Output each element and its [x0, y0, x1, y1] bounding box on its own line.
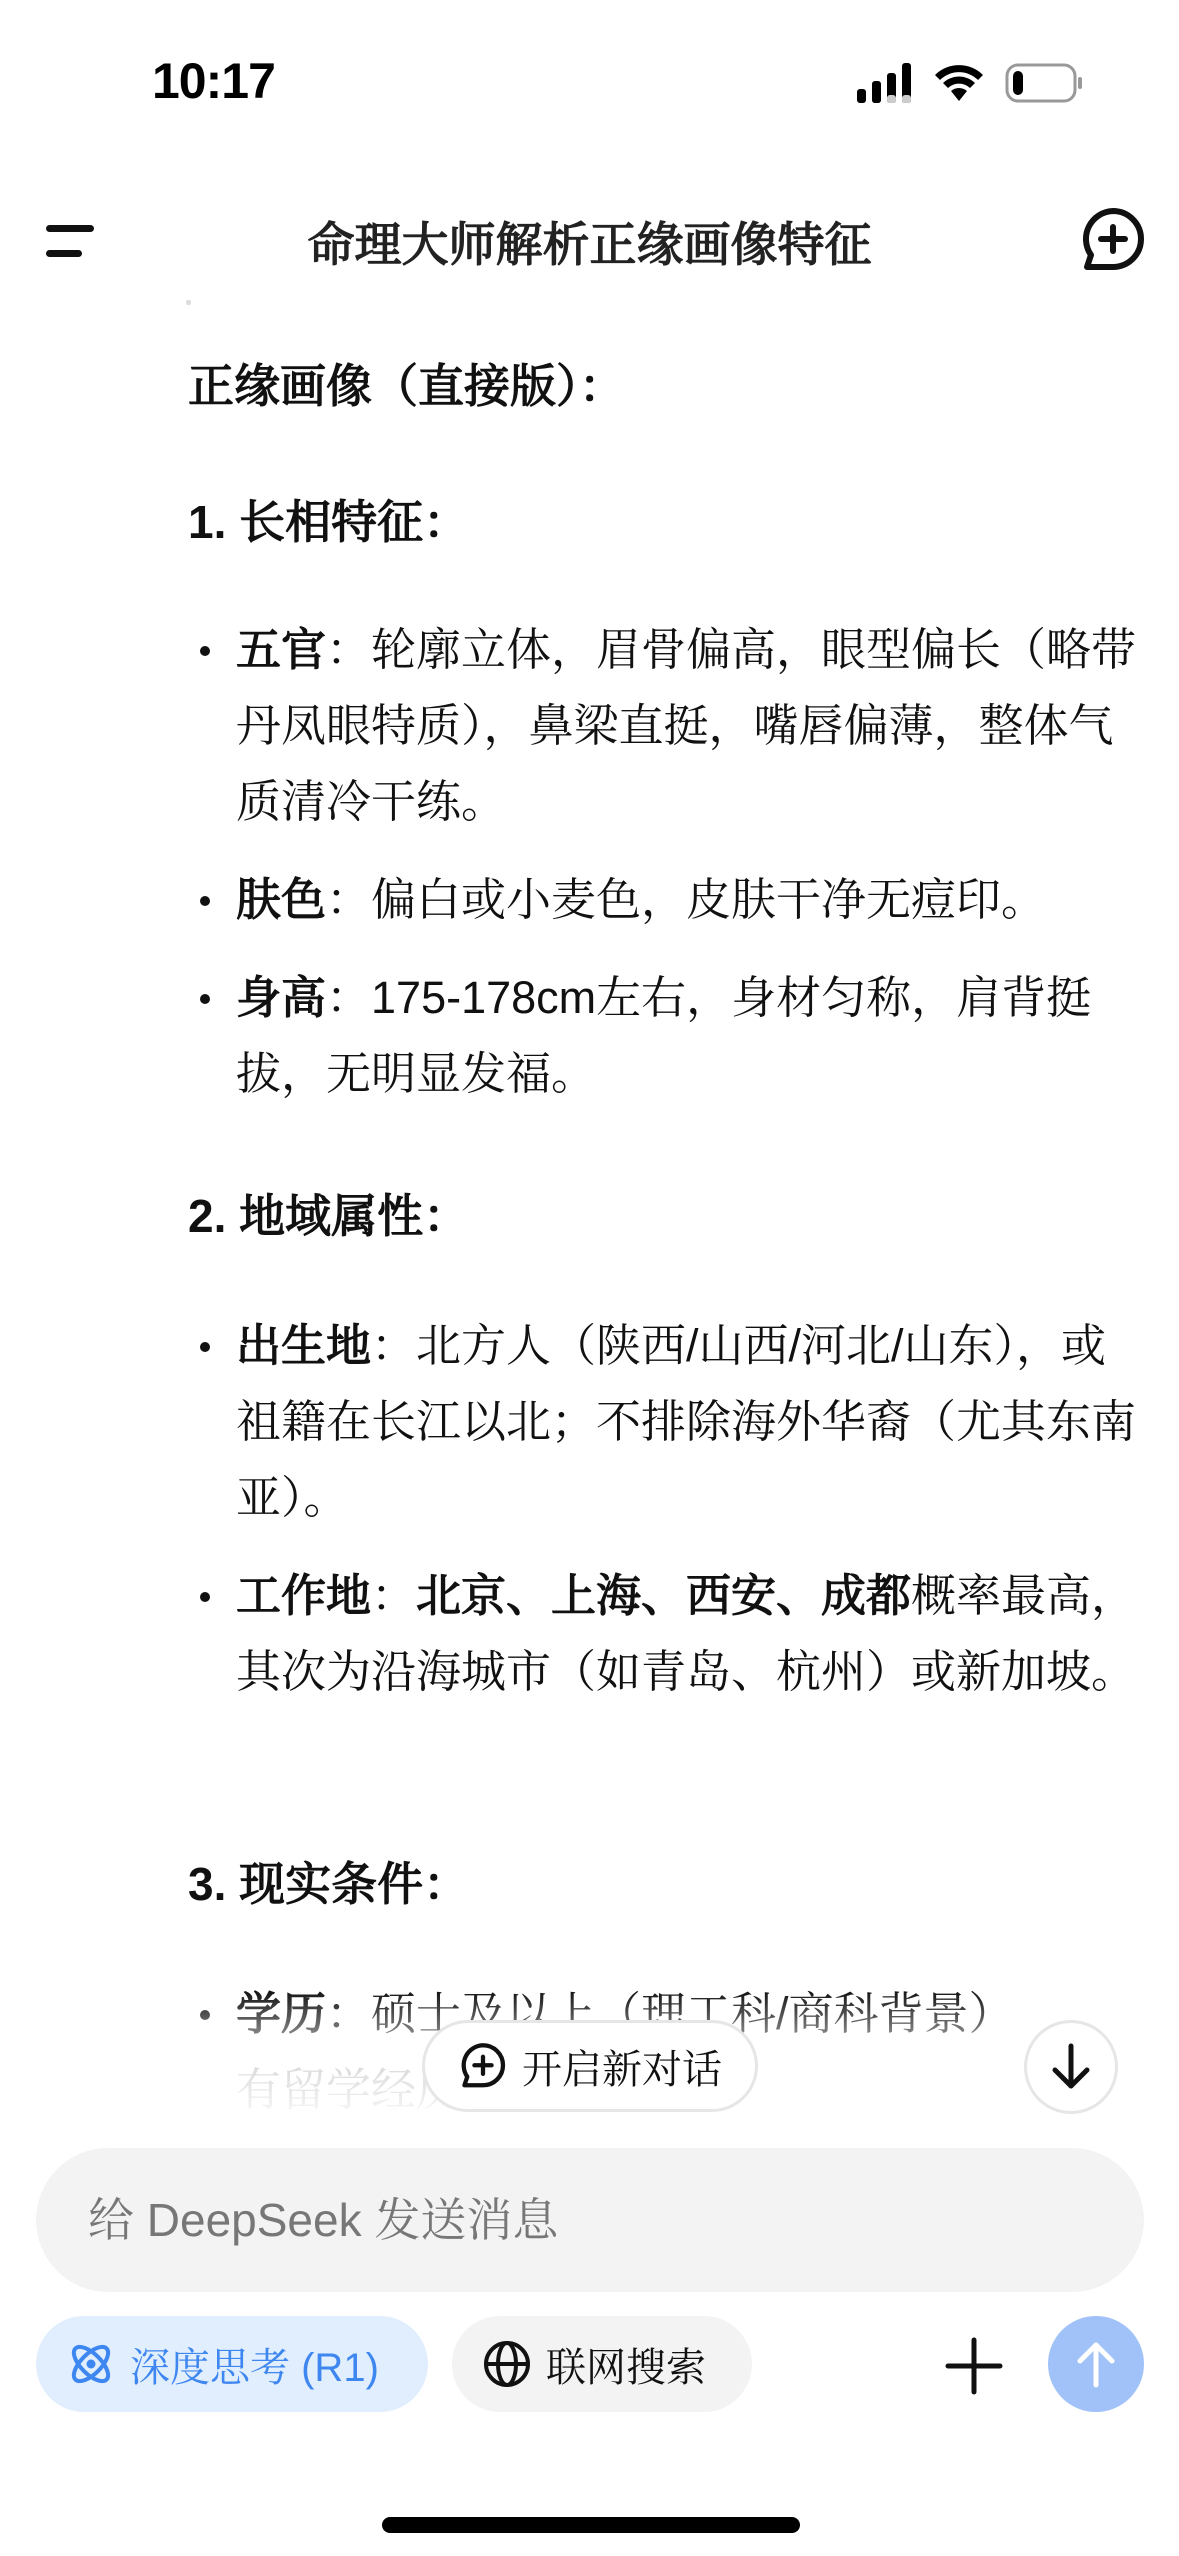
conversation-title: 命理大师解析正缘画像特征 — [0, 208, 1179, 275]
new-chat-icon — [1078, 205, 1148, 275]
list-item: 身高：175-178cm左右，身材匀称，肩背挺拔，无明显发福。 — [188, 960, 1148, 1112]
attach-button[interactable] — [944, 2336, 1004, 2396]
list-item: 工作地：北京、上海、西安、成都概率最高，其次为沿海城市（如青岛、杭州）或新加坡。 — [188, 1558, 1148, 1710]
message-input[interactable] — [86, 2192, 1144, 2248]
item-label: 工作地 — [236, 1570, 371, 1621]
scroll-indicator — [186, 300, 191, 305]
item-text: 偏白或小麦色，皮肤干净无痘印。 — [371, 874, 1046, 925]
wifi-icon — [933, 63, 985, 103]
item-sep: ： — [371, 1320, 416, 1371]
web-search-label: 联网搜索 — [546, 2336, 706, 2393]
bullet-dot — [200, 1592, 210, 1602]
start-new-chat-button[interactable]: 开启新对话 — [422, 2020, 758, 2112]
item-label: 身高 — [236, 972, 326, 1023]
scroll-to-bottom-button[interactable] — [1024, 2020, 1118, 2114]
section-heading: 3. 现实条件： — [188, 1848, 469, 1914]
start-new-chat-label: 开启新对话 — [522, 2038, 722, 2095]
cellular-signal-icon — [857, 63, 913, 103]
item-text: 轮廓立体，眉骨偏高，眼型偏长（略带丹凤眼特质），鼻梁直挺，嘴唇偏薄，整体气质清冷… — [236, 624, 1136, 827]
arrow-up-icon — [1074, 2339, 1118, 2389]
item-sep: ： — [326, 874, 371, 925]
new-chat-icon — [458, 2041, 508, 2091]
status-time: 10:17 — [152, 52, 275, 110]
atom-icon — [66, 2339, 116, 2389]
item-sep: ： — [326, 624, 371, 675]
item-label: 五官 — [236, 624, 326, 675]
status-icons — [857, 62, 1085, 104]
bullet-dot — [200, 994, 210, 1004]
item-sep: ： — [371, 1570, 416, 1621]
plus-icon — [944, 2336, 1004, 2396]
battery-icon — [1005, 62, 1085, 104]
section-heading: 1. 长相特征： — [188, 486, 469, 552]
list-item: 五官：轮廓立体，眉骨偏高，眼型偏长（略带丹凤眼特质），鼻梁直挺，嘴唇偏薄，整体气… — [188, 612, 1148, 840]
home-indicator[interactable] — [382, 2517, 800, 2533]
globe-icon — [482, 2339, 532, 2389]
bullet-dot — [200, 1342, 210, 1352]
bullet-dot — [200, 896, 210, 906]
item-sep: ： — [326, 972, 371, 1023]
list-item: 出生地：北方人（陕西/山西/河北/山东），或祖籍在长江以北；不排除海外华裔（尤其… — [188, 1308, 1148, 1536]
deep-think-label: 深度思考 (R1) — [130, 2336, 379, 2393]
arrow-down-icon — [1049, 2042, 1093, 2092]
intro-heading: 正缘画像（直接版）： — [188, 350, 625, 416]
message-input-container[interactable] — [36, 2148, 1144, 2292]
list-item: 肤色：偏白或小麦色，皮肤干净无痘印。 — [188, 862, 1148, 938]
send-button[interactable] — [1048, 2316, 1144, 2412]
section-heading: 2. 地域属性： — [188, 1180, 469, 1246]
new-chat-button[interactable] — [1078, 205, 1148, 275]
item-bold-text: 北京、上海、西安、成都 — [416, 1570, 911, 1621]
bullet-dot — [200, 646, 210, 656]
item-label: 出生地 — [236, 1320, 371, 1371]
item-label: 肤色 — [236, 874, 326, 925]
deep-think-toggle[interactable]: 深度思考 (R1) — [36, 2316, 428, 2412]
web-search-toggle[interactable]: 联网搜索 — [452, 2316, 752, 2412]
